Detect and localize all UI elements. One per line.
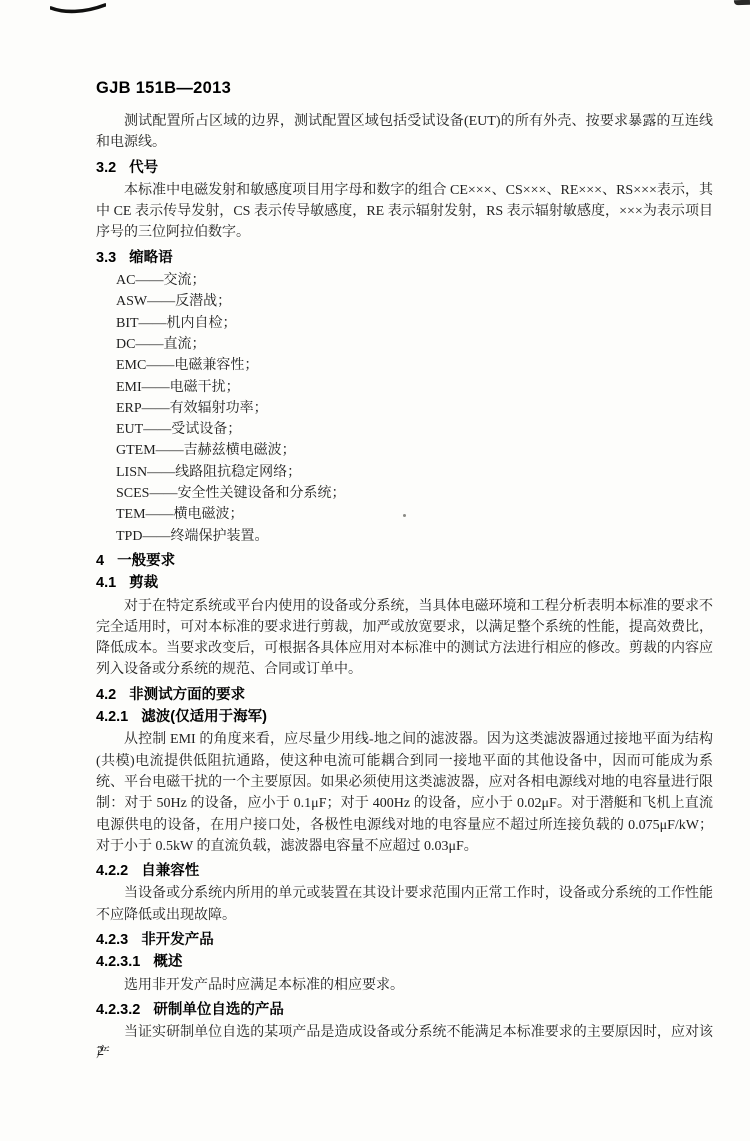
abbreviation-item: GTEM——吉赫兹横电磁波；: [116, 440, 713, 461]
paragraph: 选用非开发产品时应满足本标准的相应要求。: [96, 975, 713, 996]
section-title: 滤波(仅适用于海军): [141, 709, 267, 725]
abbreviation-item: ERP——有效辐射功率；: [116, 398, 713, 419]
standard-number: GJB 151B—2013: [96, 78, 713, 99]
paragraph: 当设备或分系统内所用的单元或装置在其设计要求范围内正常工作时，设备或分系统的工作…: [96, 883, 713, 926]
abbreviation-item: DC——直流；: [116, 334, 713, 355]
abbreviation-item: EMI——电磁干扰；: [116, 377, 713, 398]
section-title: 非开发产品: [141, 932, 214, 948]
section-number: 4: [96, 553, 104, 569]
paragraph: 对于在特定系统或平台内使用的设备或分系统，当具体电磁环境和工程分析表明本标准的要…: [96, 596, 713, 681]
section-heading: 4.2.3.1概述: [96, 952, 713, 973]
section-number: 4.2: [96, 687, 116, 703]
section-heading: 4.2.3非开发产品: [96, 930, 713, 951]
section-title: 概述: [153, 954, 182, 970]
page-number: 2: [97, 1042, 104, 1062]
section-title: 缩略语: [129, 250, 173, 266]
abbreviation-item: LISN——线路阻抗稳定网络；: [116, 462, 713, 483]
section-title: 代号: [129, 160, 158, 176]
section-number: 4.2.2: [96, 863, 128, 879]
abbreviation-item: EUT——受试设备；: [116, 419, 713, 440]
section-heading: 3.2代号: [96, 158, 713, 179]
section-heading: 3.3缩略语: [96, 248, 713, 269]
paragraph: 测试配置所占区域的边界，测试配置区域包括受试设备(EUT)的所有外壳、按要求暴露…: [96, 111, 713, 154]
paragraph: 当证实研制单位自选的某项产品是造成设备或分系统不能满足本标准要求的主要原因时，应…: [96, 1022, 713, 1065]
section-number: 4.2.3.1: [96, 954, 140, 970]
section-number: 3.3: [96, 250, 116, 266]
abbreviation-item: EMC——电磁兼容性；: [116, 355, 713, 376]
section-title: 剪裁: [129, 575, 158, 591]
scan-artifact-mark: [50, 2, 106, 14]
section-number: 4.1: [96, 575, 116, 591]
abbreviation-item: BIT——机内自检；: [116, 313, 713, 334]
document-page: GJB 151B—2013 测试配置所占区域的边界，测试配置区域包括受试设备(E…: [0, 0, 750, 1141]
section-number: 4.2.3: [96, 932, 128, 948]
section-heading: 4.2.3.2研制单位自选的产品: [96, 1000, 713, 1021]
scan-artifact-corner: [734, 0, 750, 5]
section-title: 非测试方面的要求: [129, 687, 245, 703]
section-heading: 4一般要求: [96, 551, 713, 572]
document-content: GJB 151B—2013 测试配置所占区域的边界，测试配置区域包括受试设备(E…: [96, 78, 713, 1065]
paragraph: 从控制 EMI 的角度来看，应尽量少用线-地之间的滤波器。因为这类滤波器通过接地…: [96, 729, 713, 857]
section-title: 自兼容性: [141, 863, 199, 879]
abbreviation-item: AC——交流；: [116, 270, 713, 291]
document-body: 测试配置所占区域的边界，测试配置区域包括受试设备(EUT)的所有外壳、按要求暴露…: [96, 111, 713, 1065]
section-title: 研制单位自选的产品: [153, 1002, 284, 1018]
section-heading: 4.2非测试方面的要求: [96, 685, 713, 706]
abbreviation-item: SCES——安全性关键设备和分系统；: [116, 483, 713, 504]
abbreviation-item: TEM——横电磁波；: [116, 504, 713, 525]
section-heading: 4.2.2自兼容性: [96, 861, 713, 882]
section-number: 4.2.1: [96, 709, 128, 725]
abbreviation-item: TPD——终端保护装置。: [116, 526, 713, 547]
abbreviation-item: ASW——反潜战；: [116, 291, 713, 312]
paragraph: 本标准中电磁发射和敏感度项目用字母和数字的组合 CE×××、CS×××、RE××…: [96, 180, 713, 244]
section-title: 一般要求: [117, 553, 175, 569]
section-heading: 4.1剪裁: [96, 573, 713, 594]
section-number: 4.2.3.2: [96, 1002, 140, 1018]
section-heading: 4.2.1滤波(仅适用于海军): [96, 707, 713, 728]
section-number: 3.2: [96, 160, 116, 176]
